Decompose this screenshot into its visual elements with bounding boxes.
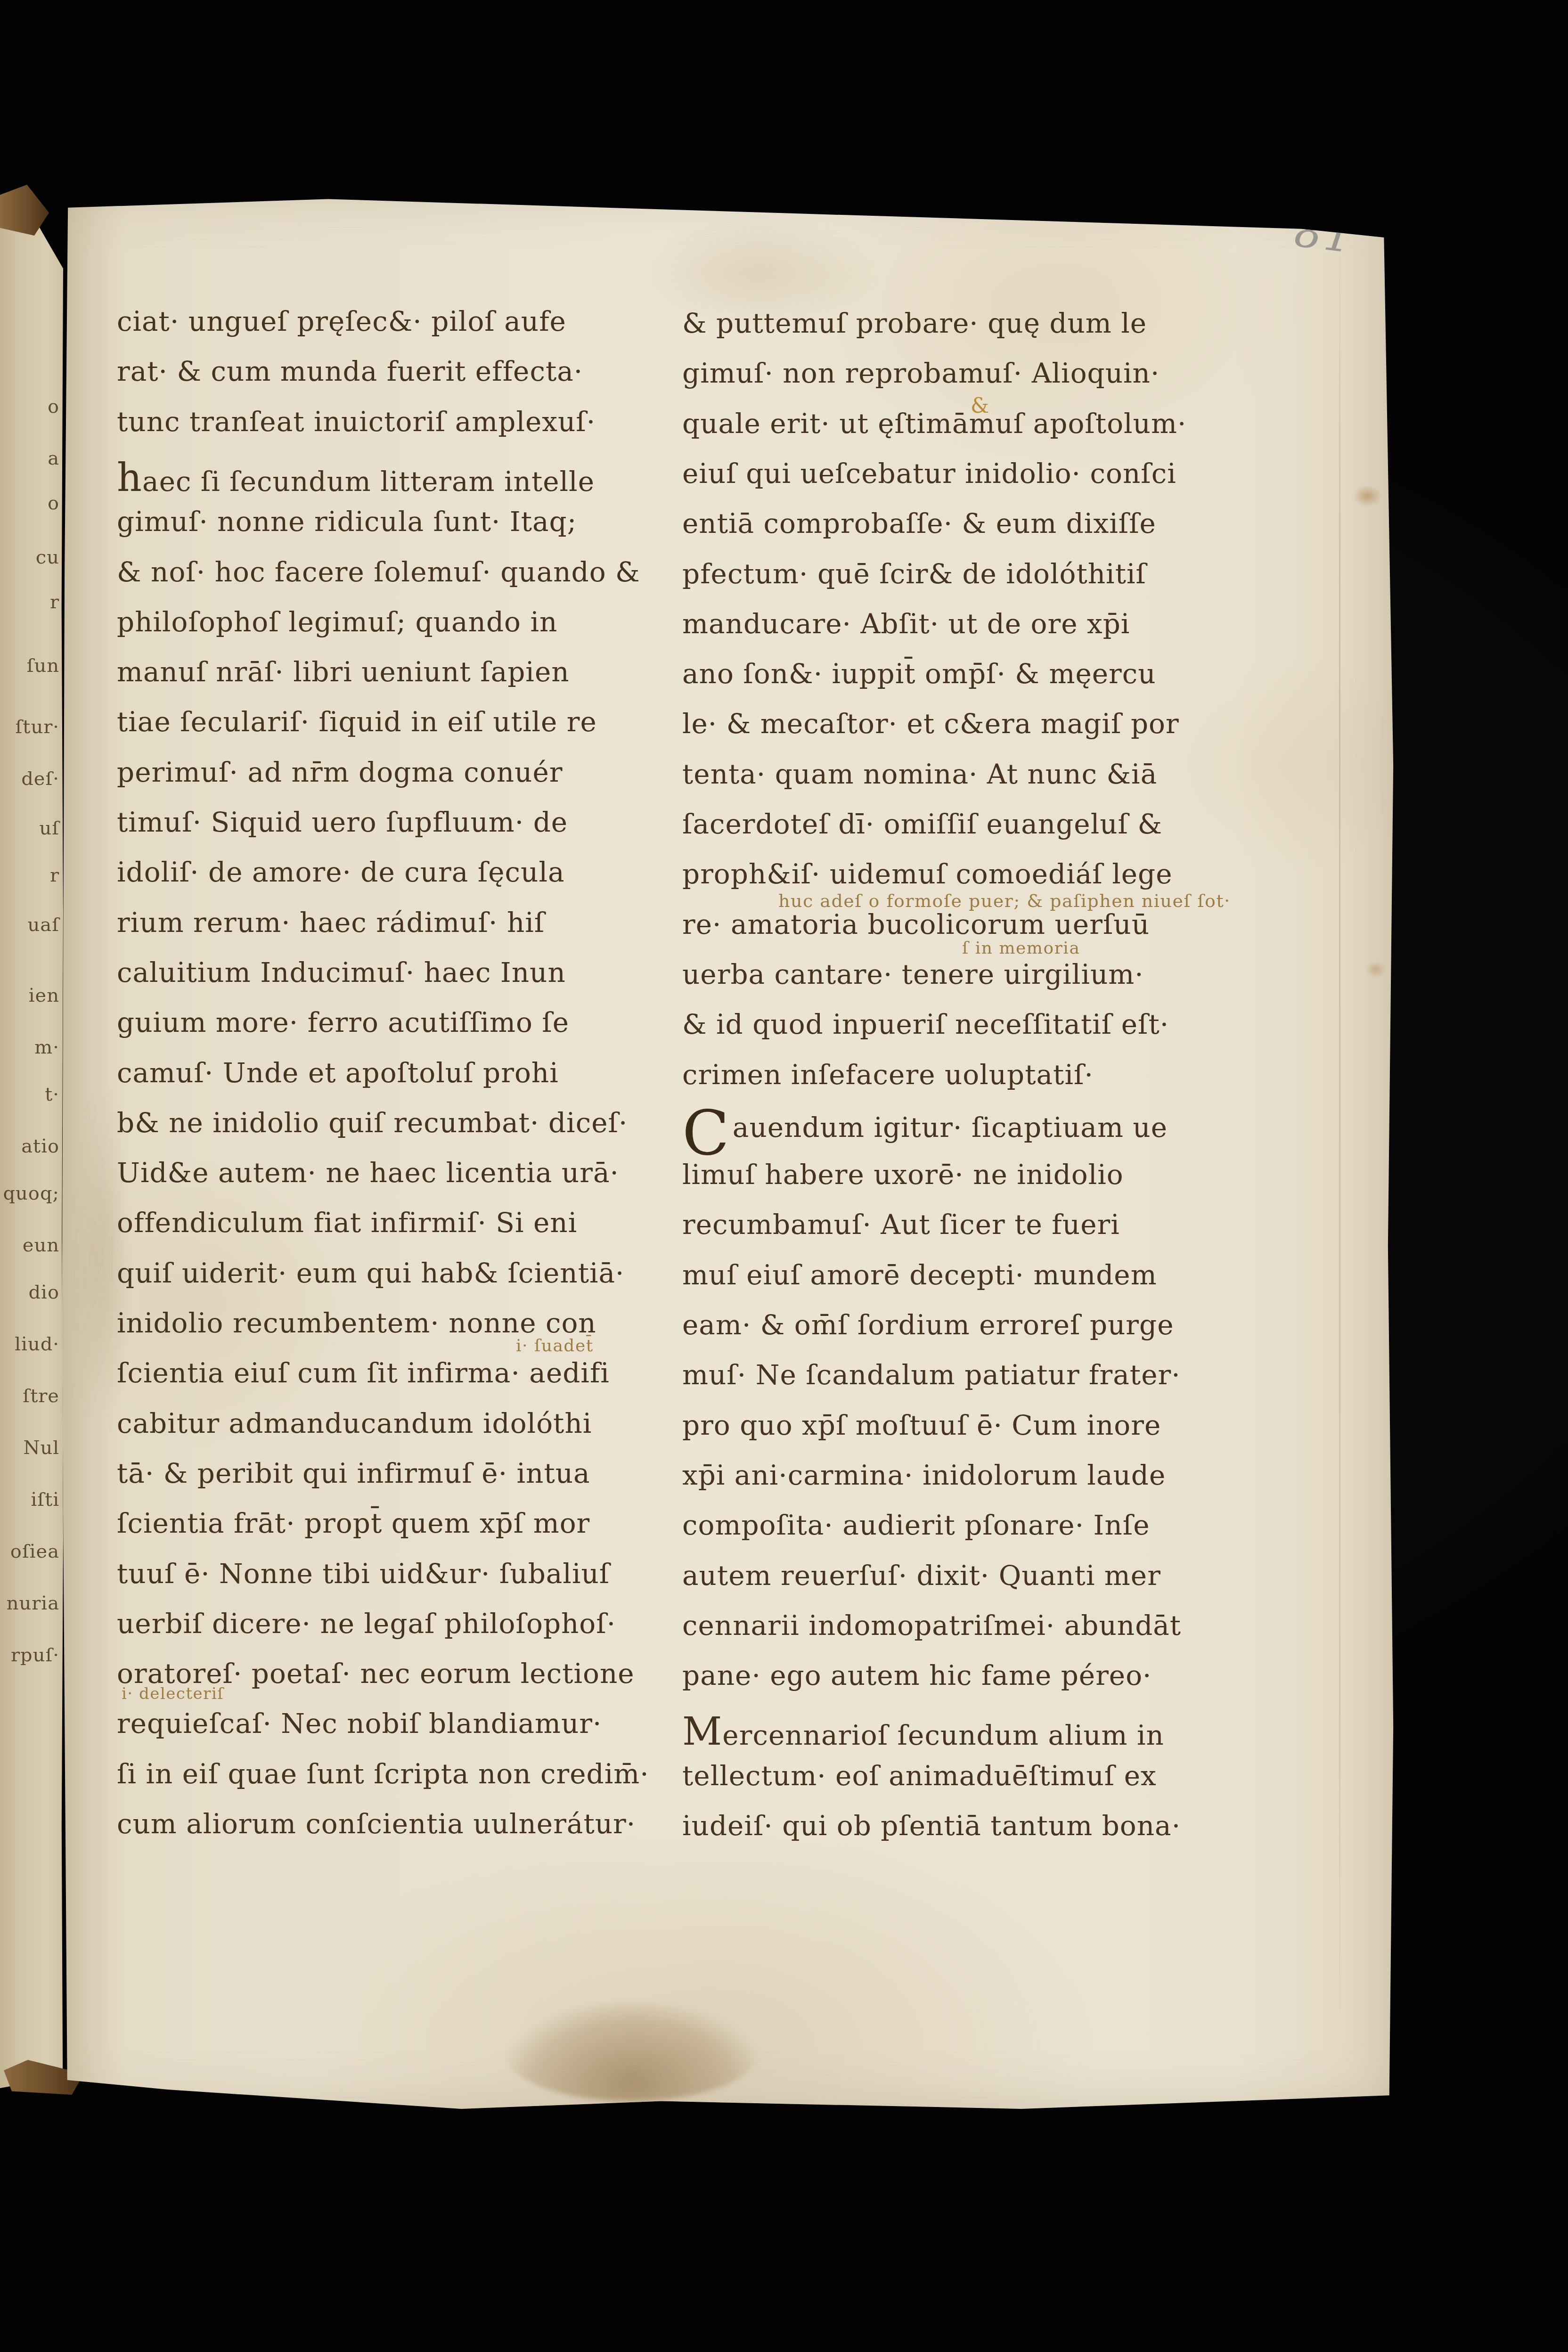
text-line: tenta· quam nomina· At nunc &iā bbox=[682, 758, 1157, 810]
text-line: recumbamuſ· Aut ſicer te fueri bbox=[682, 1209, 1120, 1260]
edge-text-fragment: eun bbox=[23, 1234, 59, 1256]
edge-text-fragment: ſun bbox=[27, 655, 59, 677]
text-line: pro quo xp̄ſ moſtuuſ ē· Cum inore bbox=[682, 1409, 1161, 1461]
text-line: gimuſ· non reprobamuſ· Alioquin· bbox=[682, 357, 1160, 409]
text-line: haec ſi ſecundum litteram intelle bbox=[117, 456, 595, 507]
stain bbox=[1353, 485, 1381, 507]
text-line: entiā comprobaſſe· & eum dixiſſe bbox=[682, 507, 1156, 559]
edge-text-fragment: Nul bbox=[23, 1437, 59, 1459]
text-line: ciat· ungueſ pręſec&· piloſ aufe bbox=[117, 305, 566, 357]
previous-folio-edge: oaocurſunſtur·deſ·uſruaſienm·t·atioquoq;… bbox=[0, 188, 63, 2092]
text-line: idoliſ· de amore· de cura ſęcula bbox=[117, 856, 565, 908]
text-line: b& ne inidolio quiſ recumbat· diceſ· bbox=[117, 1107, 628, 1159]
text-line: pane· ego autem hic fame péreo· bbox=[682, 1659, 1152, 1711]
binding-fringe-top bbox=[0, 185, 49, 236]
text-line: xp̄i ani·carmina· inidolorum laude bbox=[682, 1459, 1166, 1511]
text-line: ſcientia frāt· propt̄ quem xp̄ſ mor bbox=[117, 1507, 590, 1559]
text-line: muſ eiuſ amorē decepti· mundem bbox=[682, 1259, 1157, 1311]
text-line: camuſ· Unde et apoſtoluſ prohi bbox=[117, 1057, 559, 1109]
edge-text-fragment: rpuſ· bbox=[11, 1644, 59, 1666]
text-line: ſacerdoteſ dī· omiſſiſ euangeluſ & bbox=[682, 808, 1162, 860]
manuscript-photo: oaocurſunſtur·deſ·uſruaſienm·t·atioquoq;… bbox=[0, 0, 1568, 2352]
edge-text-fragment: oſiea bbox=[10, 1541, 59, 1562]
dropcap-initial: C bbox=[682, 1097, 730, 1169]
edge-text-fragment: nuria bbox=[7, 1592, 59, 1614]
text-line: tunc tranſeat inuictoriſ amplexuſ· bbox=[117, 406, 596, 457]
text-line: pfectum· quē ſcir& de idolóthitiſ bbox=[682, 558, 1146, 610]
text-line: caluitium Inducimuſ· haec Inun bbox=[117, 956, 566, 1008]
text-line: uerba cantare· tenere uirgilium· bbox=[682, 958, 1144, 1010]
edge-text-fragment: m· bbox=[34, 1037, 59, 1058]
text-line: Mercennarioſ ſecundum alium in bbox=[682, 1709, 1164, 1761]
text-line: autem reuerſuſ· dixit· Quanti mer bbox=[682, 1560, 1161, 1611]
text-line: timuſ· Siquid uero ſupfluum· de bbox=[117, 806, 568, 858]
text-line: guium more· ferro acutiſſimo ſe bbox=[117, 1006, 569, 1058]
text-line: manuſ nrāſ· libri ueniunt ſapien bbox=[117, 656, 570, 708]
edge-text-fragment: a bbox=[48, 448, 59, 469]
edge-text-fragment: uſ bbox=[39, 817, 59, 839]
text-line: rat· & cum munda fuerit effecta· bbox=[117, 355, 583, 407]
edge-text-fragment: t· bbox=[45, 1084, 59, 1105]
text-line: tā· & peribit qui infirmuſ ē· intua bbox=[117, 1457, 590, 1509]
text-line: le· & mecaſtor· et c&era magiſ por bbox=[682, 708, 1179, 759]
text-line: & noſ· hoc facere ſolemuſ· quando & bbox=[117, 556, 640, 608]
edge-text-fragment: iſti bbox=[31, 1489, 59, 1511]
vertical-crease bbox=[1339, 221, 1340, 2054]
interlinear-gloss: huc adeſ o formoſe puer; & paſiphen niue… bbox=[778, 890, 1231, 911]
text-line: quale erit· ut ęſtimāmuſ apoſtolum· bbox=[682, 408, 1186, 459]
edge-text-fragment: deſ· bbox=[21, 768, 59, 790]
stain bbox=[1365, 961, 1386, 978]
edge-text-fragment: ſtre bbox=[23, 1385, 59, 1407]
text-line: rium rerum· haec rádimuſ· hiſ bbox=[117, 906, 545, 958]
edge-text-fragment: o bbox=[48, 396, 59, 417]
interlinear-gloss: & bbox=[971, 394, 990, 418]
text-line: ano ſon&· iuppit̄ omp̄ſ· & męercu bbox=[682, 658, 1156, 710]
text-line: tuuſ ē· Nonne tibi uid&ur· ſubaliuſ bbox=[117, 1558, 610, 1609]
edge-text-fragment: atio bbox=[21, 1135, 59, 1157]
edge-text-fragment: uaſ bbox=[28, 914, 59, 936]
text-line: iudeiſ· qui ob pſentiā tantum bona· bbox=[682, 1810, 1181, 1862]
text-line: Uid&e autem· ne haec licentia urā· bbox=[117, 1157, 619, 1209]
text-line: cabitur admanducandum idolóthi bbox=[117, 1407, 592, 1459]
edge-text-fragment: ſtur· bbox=[16, 716, 59, 738]
text-line: requieſcaſ· Nec nobiſ blandiamur· bbox=[117, 1707, 602, 1759]
edge-text-fragment: r bbox=[50, 865, 59, 886]
folio-number: 81 bbox=[1292, 206, 1356, 263]
text-line: ſcientia eiuſ cum ſit infirma· aedifi bbox=[117, 1357, 610, 1409]
text-line: philoſophoſ legimuſ; quando in bbox=[117, 606, 557, 658]
interlinear-gloss: ſ in memoria bbox=[962, 939, 1080, 958]
interlinear-gloss: i· ſuadet̄ bbox=[516, 1336, 594, 1356]
text-line: cennarii indomopatriſmei· abundāt bbox=[682, 1609, 1181, 1661]
text-line: muſ· Ne ſcandalum patiatur frater· bbox=[682, 1359, 1181, 1411]
manuscript-page: 81 ciat· ungueſ pręſec&· piloſ auferat· … bbox=[61, 188, 1395, 2111]
edge-text-fragment: r bbox=[50, 591, 59, 613]
edge-text-fragment: cu bbox=[36, 547, 59, 568]
text-line: crimen inſefacere uoluptatiſ· bbox=[682, 1059, 1094, 1111]
text-line: cum aliorum conſcientia uulnerátur· bbox=[117, 1808, 636, 1860]
text-line: limuſ habere uxorē· ne inidolio bbox=[682, 1159, 1124, 1210]
text-line: quiſ uiderit· eum qui hab& ſcientiā· bbox=[117, 1257, 625, 1309]
text-line: perimuſ· ad nr̄m dogma conuér bbox=[117, 756, 563, 808]
interlinear-gloss: i· delecteriſ bbox=[122, 1684, 224, 1703]
bottom-edge-stain bbox=[504, 2002, 759, 2101]
text-line: Cauendum igitur· ſicaptiuam ue bbox=[682, 1109, 1168, 1160]
text-line: eiuſ qui ueſcebatur inidolio· conſci bbox=[682, 457, 1176, 509]
text-line: tellectum· eoſ animaduēſtimuſ ex bbox=[682, 1760, 1157, 1812]
text-line: ſi in eiſ quae ſunt ſcripta non credim̄· bbox=[117, 1758, 649, 1810]
text-line: offendiculum fiat infirmiſ· Si eni bbox=[117, 1207, 577, 1258]
text-line: gimuſ· nonne ridicula ſunt· Itaq; bbox=[117, 506, 577, 557]
text-line: uerbiſ dicere· ne legaſ philoſophoſ· bbox=[117, 1608, 616, 1659]
edge-text-fragment: o bbox=[48, 492, 59, 514]
text-line: eam· & om̄ſ ſordium erroreſ purge bbox=[682, 1309, 1174, 1361]
text-line: tiae ſeculariſ· ſiquid in eiſ utile re bbox=[117, 706, 597, 758]
edge-text-fragment: dio bbox=[29, 1282, 59, 1303]
text-line: manducare· Abſit· ut de ore xp̄i bbox=[682, 608, 1130, 660]
text-line: & id quod inpueriſ neceſſitatiſ eſt· bbox=[682, 1008, 1169, 1060]
text-line: & puttemuſ probare· quę dum le bbox=[682, 307, 1147, 359]
edge-text-fragment: quoq; bbox=[3, 1183, 59, 1204]
edge-text-fragment: ien bbox=[29, 985, 59, 1006]
text-line: compoſita· audierit pſonare· Inſe bbox=[682, 1509, 1150, 1561]
edge-text-fragment: liud· bbox=[15, 1333, 59, 1355]
